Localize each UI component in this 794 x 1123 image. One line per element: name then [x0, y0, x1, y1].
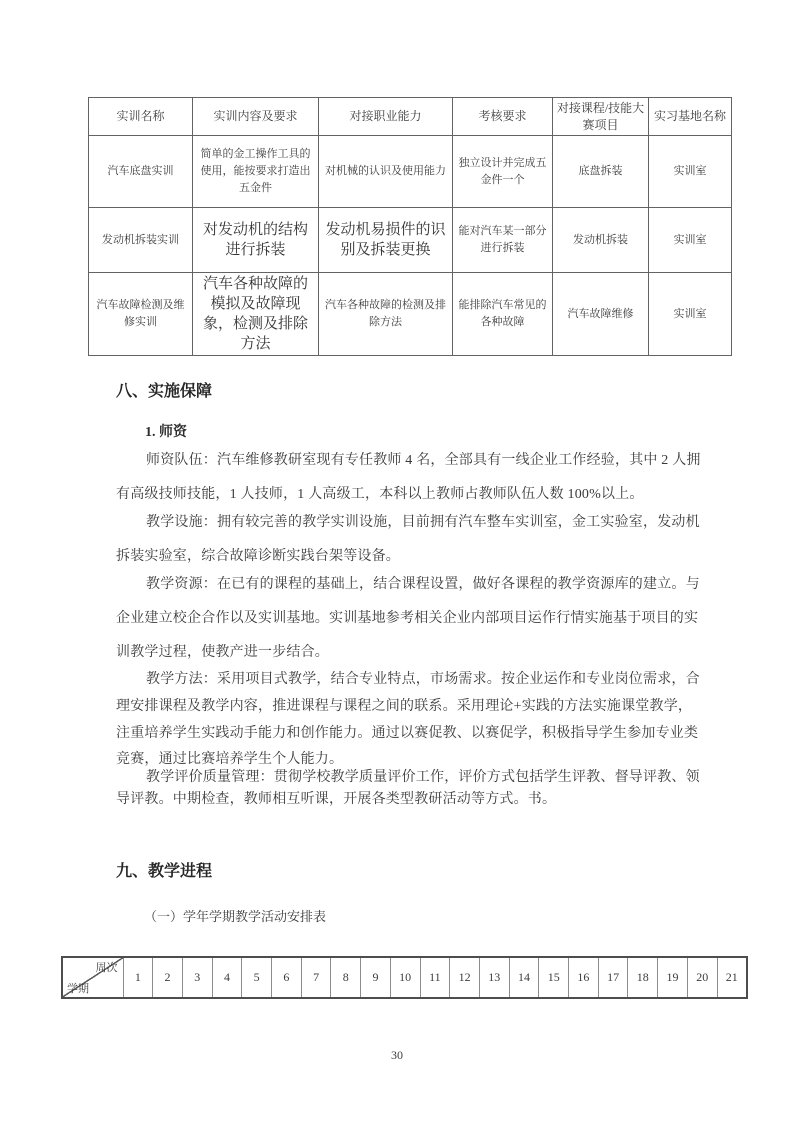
paragraph-line: 导评教。中期检查，教师相互听课，开展各类型教研活动等方式。书。	[116, 788, 556, 808]
training-table: 实训名称 实训内容及要求 对接职业能力 考核要求 对接课程/技能大赛项目 实习基…	[88, 97, 732, 356]
week-cell: 8	[331, 957, 361, 998]
paragraph-line: 有高级技师技能，1 人技师，1 人高级工，本科以上教师占教师队伍人数 100%以…	[116, 483, 644, 503]
header-training-content: 实训内容及要求	[193, 98, 319, 136]
cell-assessment: 独立设计并完成五金件一个	[453, 136, 553, 208]
week-cell: 9	[361, 957, 391, 998]
paragraph-line: 教学资源：在已有的课程的基础上，结合课程设置，做好各课程的教学资源库的建立。与	[146, 573, 700, 593]
paragraph-line: 训教学过程，使教产进一步结合。	[116, 641, 329, 661]
cell-assessment: 能对汽车某一部分进行拆装	[453, 208, 553, 273]
cell-base: 实训室	[649, 136, 732, 208]
cell-course: 汽车故障维修	[553, 273, 649, 356]
section-9-heading: 九、教学进程	[116, 858, 212, 881]
paragraph-line: 企业建立校企合作以及实训基地。实训基地参考相关企业内部项目运作行情实施基于项目的…	[116, 607, 698, 627]
document-page: 实训名称 实训内容及要求 对接职业能力 考核要求 对接课程/技能大赛项目 实习基…	[0, 0, 794, 1123]
week-cell: 15	[539, 957, 569, 998]
week-cell: 3	[182, 957, 212, 998]
cell-course: 底盘拆装	[553, 136, 649, 208]
week-cell: 2	[153, 957, 183, 998]
cell-base: 实训室	[649, 273, 732, 356]
week-cell: 4	[212, 957, 242, 998]
week-cell: 12	[450, 957, 480, 998]
week-cell: 18	[628, 957, 658, 998]
week-cell: 13	[479, 957, 509, 998]
week-cell: 16	[569, 957, 599, 998]
cell-vocational-ability: 汽车各种故障的检测及排除方法	[319, 273, 453, 356]
training-row: 发动机拆装实训 对发动机的结构进行拆装 发动机易损件的识别及拆装更换 能对汽车某…	[89, 208, 732, 273]
section-8-heading: 八、实施保障	[116, 378, 212, 401]
cell-vocational-ability: 对机械的认识及使用能力	[319, 136, 453, 208]
paragraph-line: 竞赛，通过比赛培养学生个人能力。	[116, 748, 343, 768]
corner-label-semester: 学期	[67, 980, 89, 996]
training-table-header-row: 实训名称 实训内容及要求 对接职业能力 考核要求 对接课程/技能大赛项目 实习基…	[89, 98, 732, 136]
schedule-table: 周次 学期 123456789101112131415161718192021	[61, 956, 748, 999]
training-row: 汽车故障检测及维修实训 汽车各种故障的模拟及故障现象，检测及排除方法 汽车各种故…	[89, 273, 732, 356]
cell-training-name: 汽车故障检测及维修实训	[89, 273, 193, 356]
cell-training-name: 汽车底盘实训	[89, 136, 193, 208]
schedule-row: 周次 学期 123456789101112131415161718192021	[62, 957, 747, 998]
header-practice-base: 实习基地名称	[649, 98, 732, 136]
week-cell: 10	[390, 957, 420, 998]
paragraph-line: 教学设施：拥有较完善的教学实训设施，目前拥有汽车整车实训室，金工实验室，发动机	[146, 511, 700, 531]
header-vocational-ability: 对接职业能力	[319, 98, 453, 136]
week-cell: 20	[687, 957, 717, 998]
week-cell: 7	[301, 957, 331, 998]
week-cell: 5	[242, 957, 272, 998]
header-training-name: 实训名称	[89, 98, 193, 136]
paragraph-line: 教学评价质量管理：贯彻学校教学质量评价工作，评价方式包括学生评教、督导评教、领	[146, 766, 700, 786]
cell-training-content: 对发动机的结构进行拆装	[193, 208, 319, 273]
week-cell: 17	[598, 957, 628, 998]
section-8-subheading: 1. 师资	[145, 421, 187, 441]
section-9-subheading: （一）学年学期教学活动安排表	[144, 906, 326, 925]
cell-training-content: 简单的金工操作工具的使用，能按要求打造出五金件	[193, 136, 319, 208]
paragraph-line: 教学方法：采用项目式教学，结合专业特点，市场需求。按企业运作和专业岗位需求，合	[146, 668, 700, 688]
cell-course: 发动机拆装	[553, 208, 649, 273]
week-cell: 1	[123, 957, 153, 998]
week-cell: 6	[272, 957, 302, 998]
paragraph-line: 理安排课程及教学内容，推进课程与课程之间的联系。采用理论+实践的方法实施课堂教学…	[116, 695, 692, 715]
schedule-corner-cell: 周次 学期	[62, 957, 123, 998]
cell-vocational-ability: 发动机易损件的识别及拆装更换	[319, 208, 453, 273]
week-cell: 19	[658, 957, 688, 998]
header-assessment: 考核要求	[453, 98, 553, 136]
cell-training-content: 汽车各种故障的模拟及故障现象，检测及排除方法	[193, 273, 319, 356]
paragraph-line: 拆装实验室，综合故障诊断实践台架等设备。	[116, 545, 400, 565]
page-number: 30	[0, 1048, 794, 1063]
header-course-competition: 对接课程/技能大赛项目	[553, 98, 649, 136]
corner-label-week: 周次	[96, 959, 118, 975]
training-row: 汽车底盘实训 简单的金工操作工具的使用，能按要求打造出五金件 对机械的认识及使用…	[89, 136, 732, 208]
cell-base: 实训室	[649, 208, 732, 273]
paragraph-line: 注重培养学生实践动手能力和创作能力。通过以赛促教、以赛促学，积极指导学生参加专业…	[116, 722, 698, 742]
week-cell: 21	[717, 957, 747, 998]
paragraph-line: 师资队伍：汽车维修教研室现有专任教师 4 名，全部具有一线企业工作经验，其中 2…	[146, 449, 701, 469]
week-cell: 14	[509, 957, 539, 998]
cell-training-name: 发动机拆装实训	[89, 208, 193, 273]
cell-assessment: 能排除汽车常见的各种故障	[453, 273, 553, 356]
week-cell: 11	[420, 957, 450, 998]
